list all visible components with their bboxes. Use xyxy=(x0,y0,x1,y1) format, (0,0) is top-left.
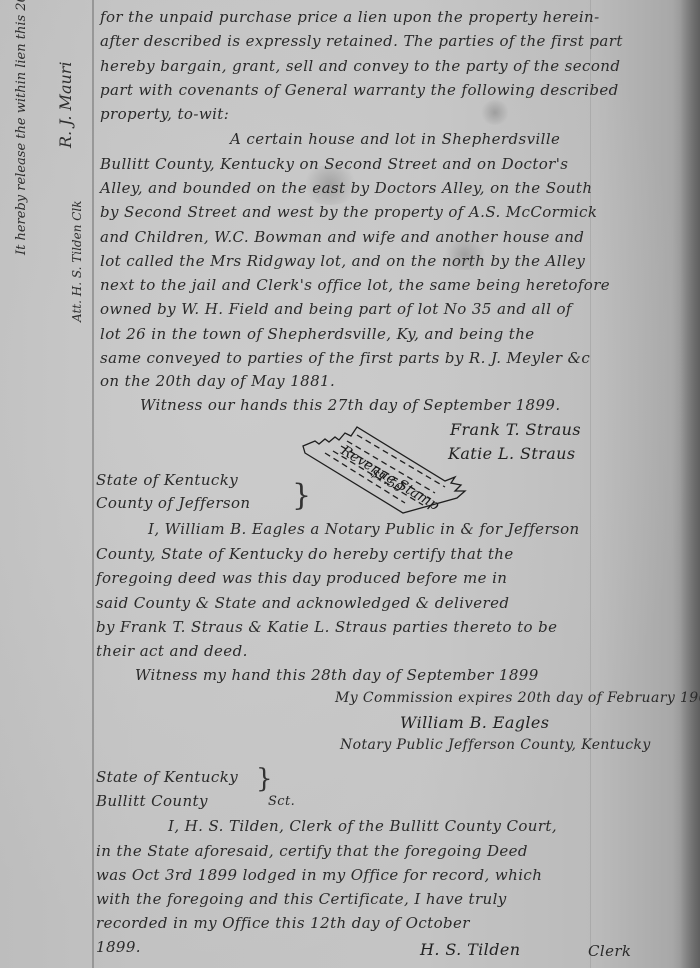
notary-line: said County & State and acknowledged & d… xyxy=(96,594,509,612)
notary-county-heading: County of Jefferson xyxy=(96,494,250,512)
deed-line: on the 20th day of May 1881. xyxy=(100,372,335,390)
notary-witness-line: Witness my hand this 28th day of Septemb… xyxy=(135,666,539,684)
deed-line: property, to-wit: xyxy=(100,105,229,123)
clerk-state-heading: State of Kentucky xyxy=(96,768,238,786)
clerk-line: 1899. xyxy=(96,938,141,956)
notary-commission-line: My Commission expires 20th day of Februa… xyxy=(335,690,700,706)
ink-smudge xyxy=(480,100,510,125)
notary-signature: William B. Eagles xyxy=(400,713,549,732)
notary-line: their act and deed. xyxy=(96,642,248,660)
clerk-signature: H. S. Tilden xyxy=(420,940,520,959)
deed-line: owned by W. H. Field and being part of l… xyxy=(100,300,572,318)
margin-rule xyxy=(92,0,94,968)
deed-line: next to the jail and Clerk's office lot,… xyxy=(100,276,610,294)
margin-attest-note: Att. H. S. Tilden Clk xyxy=(70,200,84,322)
notary-brace: } xyxy=(292,478,311,513)
deed-line: and Children, W.C. Bowman and wife and a… xyxy=(100,228,584,246)
clerk-line: recorded in my Office this 12th day of O… xyxy=(96,914,470,932)
clerk-line: in the State aforesaid, certify that the… xyxy=(96,842,528,860)
clerk-line: I, H. S. Tilden, Clerk of the Bullitt Co… xyxy=(168,817,557,835)
deed-line: Bullitt County, Kentucky on Second Stree… xyxy=(100,155,568,173)
scanned-deed-page: It hereby release the within lien this 2… xyxy=(0,0,700,968)
deed-line: lot called the Mrs Ridgway lot, and on t… xyxy=(100,252,585,270)
clerk-county-heading: Bullitt County xyxy=(96,792,208,810)
notary-line: by Frank T. Straus & Katie L. Straus par… xyxy=(96,618,557,636)
clerk-scilicet: Sct. xyxy=(268,794,295,809)
deed-line: A certain house and lot in Shepherdsvill… xyxy=(230,130,560,148)
margin-release-signature: R. J. Mauri xyxy=(56,61,75,148)
deed-line: hereby bargain, grant, sell and convey t… xyxy=(100,57,620,75)
revenue-stamp-icon: Revenue Stamp $1.50 xyxy=(285,413,475,518)
deed-line: by Second Street and west by the propert… xyxy=(100,203,597,221)
page-edge-shadow xyxy=(680,0,700,968)
clerk-title: Clerk xyxy=(588,942,631,960)
deed-line: lot 26 in the town of Shepherdsville, Ky… xyxy=(100,325,535,343)
deed-line: Alley, and bounded on the east by Doctor… xyxy=(100,179,592,197)
notary-line: I, William B. Eagles a Notary Public in … xyxy=(148,520,580,538)
column-rule xyxy=(590,0,591,968)
deed-line: for the unpaid purchase price a lien upo… xyxy=(100,8,600,26)
deed-witness-line: Witness our hands this 27th day of Septe… xyxy=(140,396,561,414)
deed-line: part with covenants of General warranty … xyxy=(100,81,619,99)
clerk-brace: } xyxy=(256,764,273,794)
notary-title: Notary Public Jefferson County, Kentucky xyxy=(340,737,651,753)
clerk-line: with the foregoing and this Certificate,… xyxy=(96,890,507,908)
margin-release-note-line1: It hereby release the within lien this 2… xyxy=(14,0,29,255)
deed-line: after described is expressly retained. T… xyxy=(100,32,623,50)
clerk-line: was Oct 3rd 1899 lodged in my Office for… xyxy=(96,866,542,884)
deed-line: same conveyed to parties of the first pa… xyxy=(100,349,590,367)
notary-line: County, State of Kentucky do hereby cert… xyxy=(96,545,514,563)
notary-state-heading: State of Kentucky xyxy=(96,471,238,489)
notary-line: foregoing deed was this day produced bef… xyxy=(96,569,507,587)
